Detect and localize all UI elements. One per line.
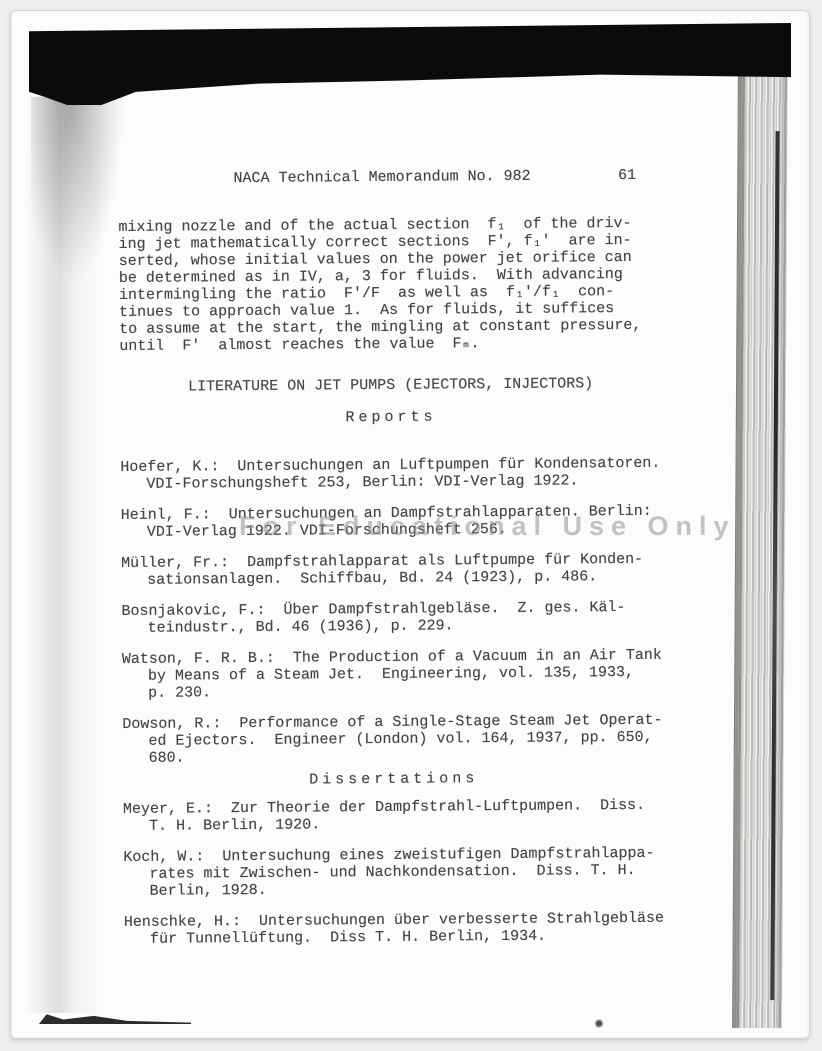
educational-use-watermark: For Educational Use Only	[239, 511, 769, 542]
reports-subheading: Reports	[120, 407, 662, 428]
bibliography-entry: Müller, Fr.: Dampfstrahlapparat als Luft…	[121, 551, 663, 589]
bibliography-entry: Dowson, R.: Performance of a Single-Stag…	[122, 712, 664, 767]
paragraph-line: until F' almost reaches the value Fₘ.	[119, 334, 661, 355]
bibliography-entry: Meyer, E.: Zur Theorie der Dampfstrahl-L…	[123, 797, 665, 835]
binding-gutter-shadow-top	[31, 97, 126, 287]
stray-ink-mark	[594, 1019, 604, 1028]
entry-line: Berlin, 1928.	[150, 879, 666, 900]
document-title: NACA Technical Memorandum No. 982	[233, 168, 530, 187]
running-header: NACA Technical Memorandum No. 982 61	[118, 167, 660, 188]
dissertations-subheading: Dissertations	[123, 769, 665, 790]
literature-section-heading: LITERATURE ON JET PUMPS (EJECTORS, INJEC…	[120, 375, 662, 396]
page-body-text: NACA Technical Memorandum No. 982 61 mix…	[118, 167, 666, 962]
page-stack-dark-line	[770, 131, 779, 1000]
page-number: 61	[618, 167, 636, 184]
reports-entry-list: Hoefer, K.: Untersuchungen an Luftpumpen…	[120, 455, 664, 767]
bibliography-entry: Bosnjakovic, F.: Über Dampfstrahlgebläse…	[121, 599, 663, 637]
entry-line: sationsanlagen. Schiffbau, Bd. 24 (1923)…	[147, 568, 663, 589]
entry-line: VDI-Forschungsheft 253, Berlin: VDI-Verl…	[146, 472, 662, 493]
entry-line: teindustr., Bd. 46 (1936), p. 229.	[148, 616, 664, 637]
entry-line: T. H. Berlin, 1920.	[149, 814, 665, 835]
scan-black-band	[29, 23, 791, 105]
entry-line: für Tunnellüftung. Diss T. H. Berlin, 19…	[150, 927, 666, 948]
bibliography-entry: Henschke, H.: Untersuchungen über verbes…	[124, 910, 666, 948]
scanned-book-page: NACA Technical Memorandum No. 982 61 mix…	[10, 10, 810, 1039]
dissertations-entry-list: Meyer, E.: Zur Theorie der Dampfstrahl-L…	[123, 797, 666, 948]
bibliography-entry: Koch, W.: Untersuchung eines zweistufige…	[123, 845, 665, 900]
book-page-stack-edge	[732, 61, 788, 1028]
bibliography-entry: Hoefer, K.: Untersuchungen an Luftpumpen…	[120, 455, 662, 493]
intro-paragraph: mixing nozzle and of the actual section …	[118, 215, 661, 355]
bibliography-entry: Watson, F. R. B.: The Production of a Va…	[122, 647, 664, 702]
